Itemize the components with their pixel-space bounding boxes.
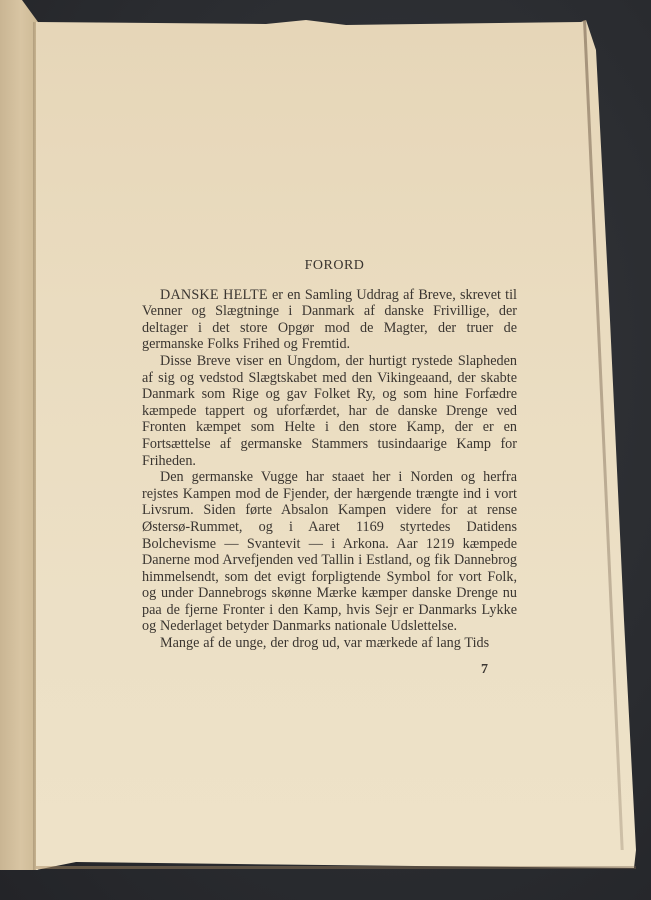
paragraph-2-text: Disse Breve viser en Ungdom, der hurtigt… — [142, 353, 517, 469]
paragraph-1: DANSKE HELTE er en Samling Uddrag af Bre… — [142, 287, 517, 353]
section-heading: FORORD — [142, 258, 517, 275]
page-number: 7 — [481, 662, 488, 678]
photo-scene: FORORD DANSKE HELTE er en Samling Uddrag… — [0, 0, 651, 900]
book-title-lead: DANSKE HELTE — [160, 287, 268, 303]
paragraph-4: Mange af de unge, der drog ud, var mærke… — [142, 635, 517, 652]
page-bottom-edge — [36, 866, 636, 869]
paragraph-4-text: Mange af de unge, der drog ud, var mærke… — [160, 635, 489, 651]
paragraph-3: Den germanske Vugge har staaet her i Nor… — [142, 469, 517, 635]
page-text-block: FORORD DANSKE HELTE er en Samling Uddrag… — [142, 258, 517, 652]
paragraph-2: Disse Breve viser en Ungdom, der hurtigt… — [142, 353, 517, 469]
paragraph-3-text: Den germanske Vugge har staaet her i Nor… — [142, 469, 517, 634]
